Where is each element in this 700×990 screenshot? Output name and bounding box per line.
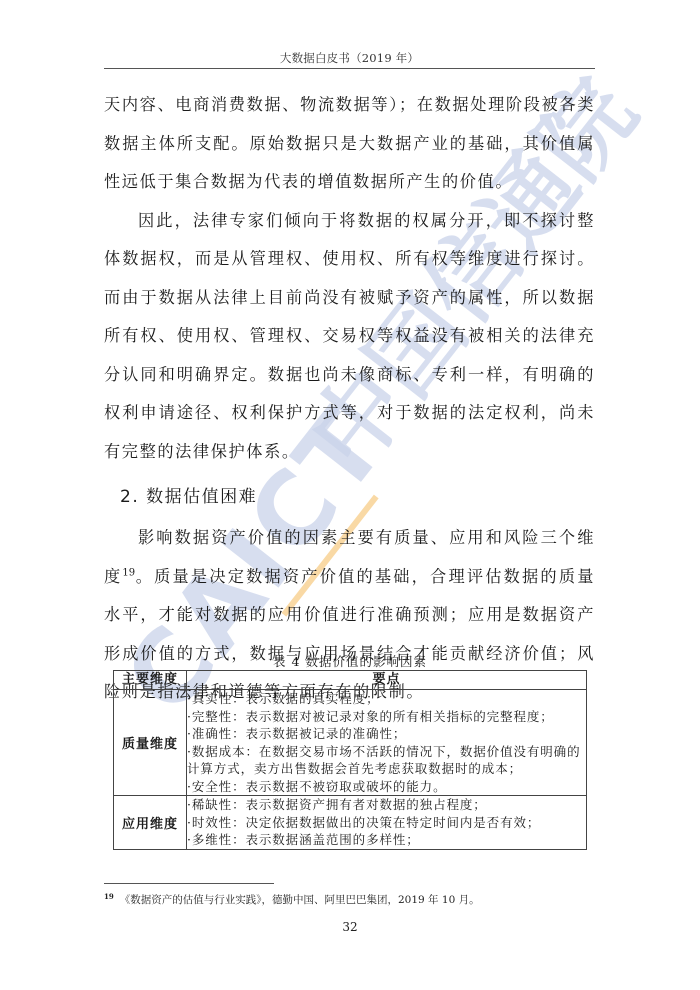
running-header: 大数据白皮书（2019 年） — [104, 50, 595, 66]
dimension-cell: 质量维度 — [114, 690, 187, 796]
point-item: ·多维性：表示数据涵盖范围的多样性； — [187, 831, 586, 849]
footnote-ref[interactable]: 19 — [122, 567, 135, 578]
header-divider — [104, 68, 595, 69]
point-item: ·准确性：表示数据被记录的准确性； — [187, 725, 586, 743]
footnote-text: 《数据资产的估值与行业实践》，德勤中国、阿里巴巴集团，2019 年 10 月。 — [120, 894, 480, 906]
page-body: 天内容、电商消费数据、物流数据等）；在数据处理阶段被各类数据主体所支配。原始数据… — [104, 86, 595, 712]
dimension-cell: 应用维度 — [114, 796, 187, 850]
table-caption: 表 4 数据价值的影响因素 — [113, 652, 587, 670]
points-cell: ·真实性：表示数据的真实程度； ·完整性：表示数据对被记录对象的所有相关指标的完… — [187, 690, 587, 796]
point-item: ·完整性：表示数据对被记录对象的所有相关指标的完整程度； — [187, 708, 586, 726]
paragraph-continued: 天内容、电商消费数据、物流数据等）；在数据处理阶段被各类数据主体所支配。原始数据… — [104, 86, 595, 202]
column-header-points: 要点 — [187, 671, 587, 690]
point-item: ·真实性：表示数据的真实程度； — [187, 690, 586, 708]
point-item: ·稀缺性：表示数据资产拥有者对数据的独占程度； — [187, 796, 586, 814]
paragraph-data-rights: 因此，法律专家们倾向于将数据的权属分开，即不探讨整体数据权，而是从管理权、使用权… — [104, 202, 595, 472]
points-cell: ·稀缺性：表示数据资产拥有者对数据的独占程度； ·时效性：决定依据数据做出的决策… — [187, 796, 587, 850]
table-row-quality: 质量维度 ·真实性：表示数据的真实程度； ·完整性：表示数据对被记录对象的所有相… — [114, 690, 587, 796]
point-item: ·时效性：决定依据数据做出的决策在特定时间内是否有效； — [187, 814, 586, 832]
table-row-application: 应用维度 ·稀缺性：表示数据资产拥有者对数据的独占程度； ·时效性：决定依据数据… — [114, 796, 587, 850]
point-item: ·安全性：表示数据不被窃取或破坏的能力。 — [187, 778, 586, 796]
section-heading: 2. 数据估值困难 — [120, 477, 595, 517]
value-factors-table: 主要维度 要点 质量维度 ·真实性：表示数据的真实程度； ·完整性：表示数据对被… — [113, 670, 587, 850]
table-header-row: 主要维度 要点 — [114, 671, 587, 690]
point-item: ·数据成本：在数据交易市场不活跃的情况下，数据价值没有明确的计算方式，卖方出售数… — [187, 743, 586, 778]
page-number: 32 — [0, 920, 700, 934]
footnote: 19《数据资产的估值与行业实践》，德勤中国、阿里巴巴集团，2019 年 10 月… — [104, 892, 480, 907]
column-header-dimension: 主要维度 — [114, 671, 187, 690]
footnote-divider — [104, 883, 274, 884]
footnote-mark: 19 — [104, 892, 114, 901]
